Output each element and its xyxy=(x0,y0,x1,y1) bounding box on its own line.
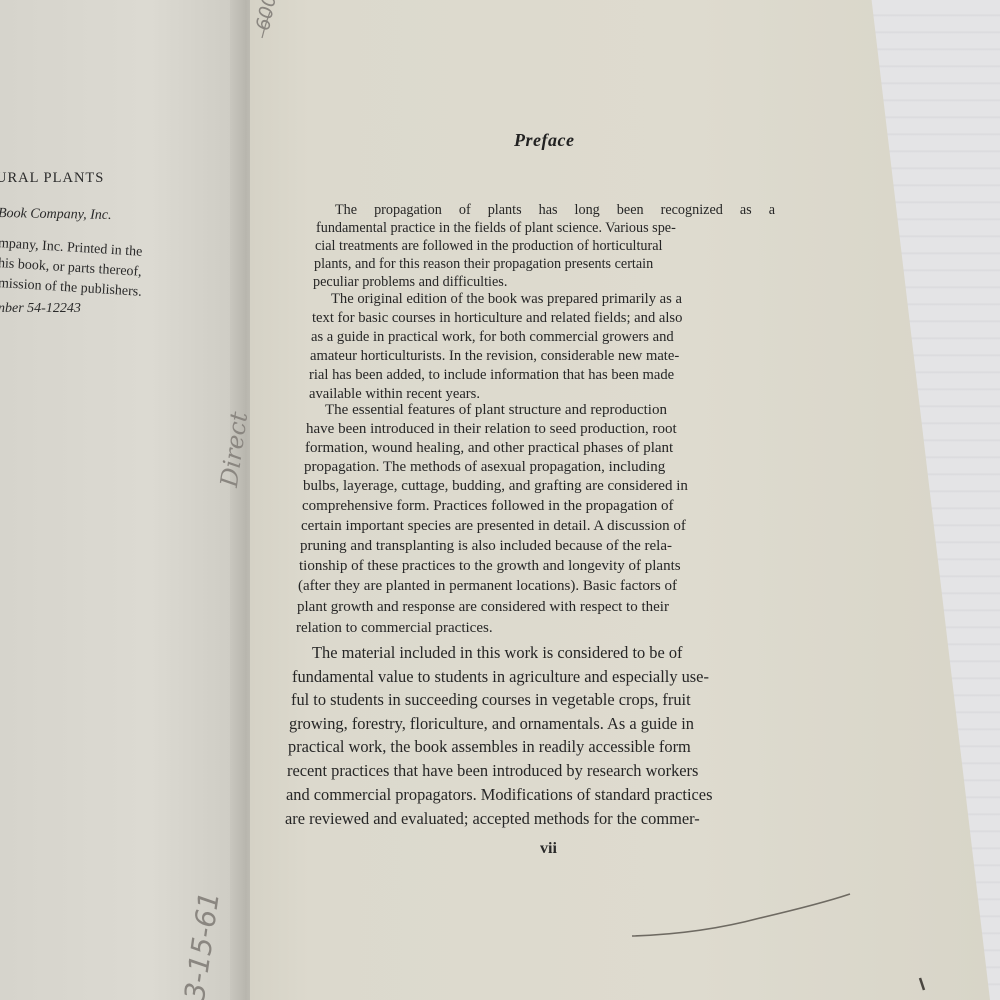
pencil-stroke xyxy=(0,0,1000,1000)
